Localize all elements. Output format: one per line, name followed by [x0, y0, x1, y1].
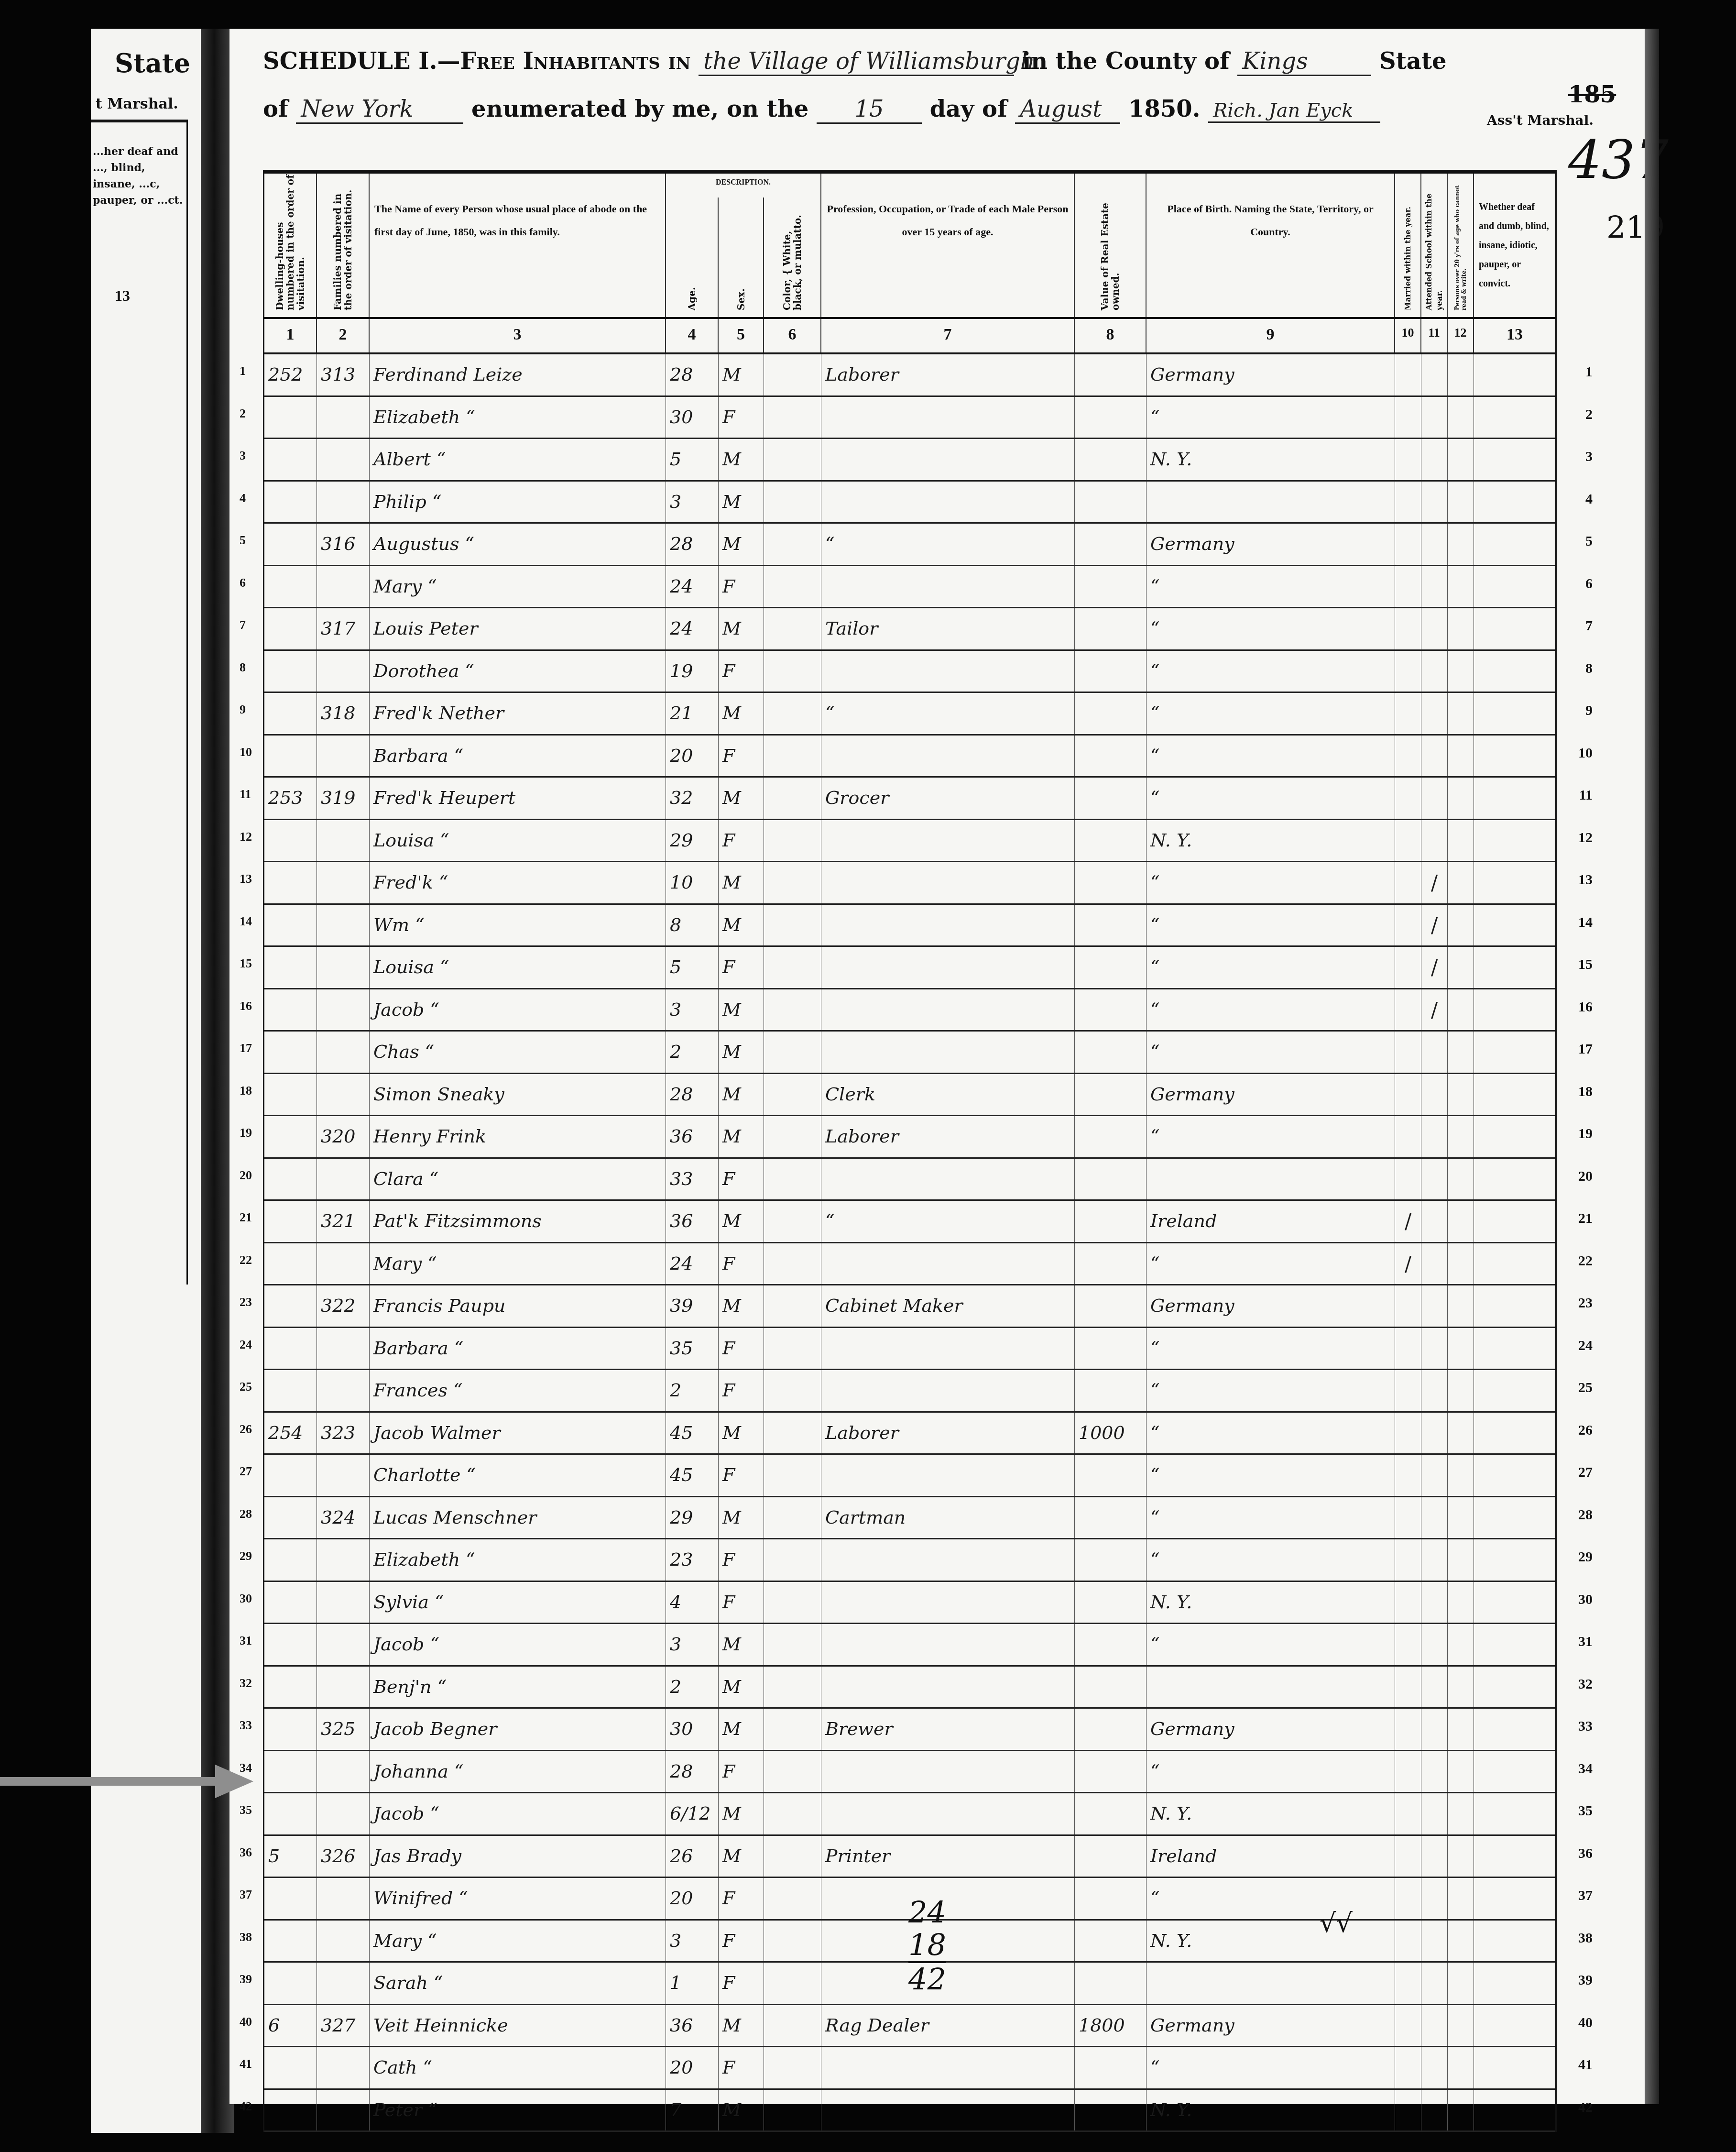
line-number-right: 23	[1578, 1295, 1593, 1311]
birthplace-value: “	[1146, 660, 1159, 681]
cell-school-mark	[1421, 439, 1448, 480]
cell-married-mark	[1395, 1497, 1421, 1538]
occupation-value	[821, 1930, 825, 1951]
cell-school-mark	[1421, 1709, 1448, 1750]
family-number-value	[317, 449, 321, 470]
line-number-left: 40	[240, 2015, 252, 2029]
line-number-left: 1	[240, 364, 246, 378]
cell-birthplace: N. Y.	[1146, 1582, 1395, 1623]
cell-sex: M	[719, 1032, 764, 1073]
cell-occupation	[821, 1455, 1075, 1496]
cell-color	[764, 1159, 821, 1200]
cell-disability	[1474, 1878, 1555, 1919]
person-name-value: Benj'n “	[370, 1676, 447, 1697]
line-number-left: 36	[240, 1845, 252, 1860]
cell-sex: F	[719, 1878, 764, 1919]
family-number-value: 316	[317, 533, 356, 554]
cell-family-number	[317, 2090, 370, 2131]
cell-married-mark: /	[1395, 1201, 1421, 1242]
line-number-left: 32	[240, 1676, 252, 1691]
line-number-left: 33	[240, 1718, 252, 1733]
cell-sex: F	[719, 2047, 764, 2088]
cell-disability	[1474, 1709, 1555, 1750]
cell-married-mark	[1395, 1878, 1421, 1919]
line-number-right: 36	[1578, 1845, 1593, 1862]
cell-birthplace: “	[1146, 1413, 1395, 1454]
cell-disability	[1474, 1921, 1555, 1962]
table-row: 30Sylvia “4FN. Y.30	[264, 1582, 1555, 1625]
cell-occupation: Laborer	[821, 1413, 1075, 1454]
cell-illiterate-mark	[1448, 1413, 1474, 1454]
state-label: State	[1379, 48, 1447, 75]
cell-occupation	[821, 1963, 1075, 2004]
cell-birthplace: N. Y.	[1146, 439, 1395, 480]
person-name-value: Jacob Walmer	[370, 1422, 501, 1443]
sex-value: F	[719, 1253, 735, 1274]
cell-sex: M	[719, 2005, 764, 2046]
cell-person-name: Francis Paupu	[370, 1285, 666, 1327]
cell-disability	[1474, 1539, 1555, 1581]
cell-married-mark	[1395, 736, 1421, 777]
dwelling-number-value	[264, 1888, 268, 1909]
person-name-value: Philip “	[370, 491, 441, 512]
cell-occupation: Cartman	[821, 1497, 1075, 1538]
real-estate-value-value	[1075, 1295, 1079, 1316]
table-row: 22Mary “24F“/22	[264, 1243, 1555, 1286]
birthplace-value	[1146, 491, 1150, 512]
cell-family-number: 323	[317, 1413, 370, 1454]
cell-occupation	[821, 736, 1075, 777]
cell-school-mark	[1421, 736, 1448, 777]
cell-family-number	[317, 1963, 370, 2004]
cell-age: 39	[666, 1285, 719, 1327]
cell-dwelling-number: 5	[264, 1836, 317, 1877]
age-value: 2	[666, 1676, 681, 1697]
cell-dwelling-number	[264, 862, 317, 903]
line-number-right: 34	[1578, 1761, 1593, 1777]
cell-illiterate-mark	[1448, 1793, 1474, 1834]
age-value: 28	[666, 533, 693, 554]
birthplace-value: N. Y.	[1146, 1930, 1192, 1951]
age-value: 29	[666, 830, 693, 851]
real-estate-value-value	[1075, 660, 1079, 681]
dwelling-number-value	[264, 1338, 268, 1359]
table-row: 34Johanna “28F“34	[264, 1751, 1555, 1794]
cell-married-mark	[1395, 651, 1421, 692]
cell-family-number	[317, 736, 370, 777]
cell-person-name: Fred'k Heupert	[370, 778, 666, 819]
cell-school-mark	[1421, 651, 1448, 692]
cell-illiterate-mark	[1448, 1201, 1474, 1242]
cell-sex: F	[719, 1921, 764, 1962]
cell-school-mark	[1421, 2047, 1448, 2088]
cell-occupation	[821, 1032, 1075, 1073]
age-value: 21	[666, 703, 693, 724]
cell-school-mark	[1421, 1370, 1448, 1411]
cell-birthplace: N. Y.	[1146, 1793, 1395, 1834]
table-row: 13Fred'k “10M“/13	[264, 862, 1555, 905]
person-name-value: Dorothea “	[370, 660, 474, 681]
cell-age: 5	[666, 439, 719, 480]
line-number-right: 29	[1578, 1549, 1593, 1565]
line-number-right: 5	[1585, 533, 1593, 549]
sex-value: F	[719, 1464, 735, 1485]
cell-person-name: Elizabeth “	[370, 397, 666, 438]
line-number-left: 3	[240, 449, 246, 463]
cell-age: 26	[666, 1836, 719, 1877]
cell-occupation: Grocer	[821, 778, 1075, 819]
birthplace-value: “	[1146, 1380, 1159, 1401]
real-estate-value-value	[1075, 1634, 1079, 1655]
cell-color	[764, 1413, 821, 1454]
cell-sex: F	[719, 651, 764, 692]
table-row: 14Wm “8M“/14	[264, 905, 1555, 947]
cell-married-mark	[1395, 524, 1421, 565]
cell-married-mark	[1395, 1836, 1421, 1877]
line-number-right: 18	[1578, 1084, 1593, 1100]
line-number-right: 39	[1578, 1972, 1593, 1988]
dwelling-number-value	[264, 1041, 268, 1062]
cell-dwelling-number	[264, 820, 317, 861]
cell-age: 45	[666, 1455, 719, 1496]
cell-sex: M	[719, 1624, 764, 1665]
occupation-value	[821, 1803, 825, 1824]
cell-birthplace: Germany	[1146, 2005, 1395, 2046]
real-estate-value-value	[1075, 406, 1079, 428]
table-row: 26254323Jacob Walmer45MLaborer1000“26	[264, 1413, 1555, 1455]
cell-birthplace: “	[1146, 1878, 1395, 1919]
table-row: 12Louisa “29FN. Y.12	[264, 820, 1555, 863]
person-name-value: Sarah “	[370, 1972, 443, 1993]
cell-disability	[1474, 820, 1555, 861]
table-row: 11253319Fred'k Heupert32MGrocer“11	[264, 778, 1555, 820]
cell-occupation	[821, 397, 1075, 438]
cell-real-estate-value	[1075, 1032, 1146, 1073]
birthplace-value: “	[1146, 1507, 1159, 1528]
cell-age: 24	[666, 1243, 719, 1285]
cell-color	[764, 1963, 821, 2004]
cell-family-number: 313	[317, 354, 370, 395]
cell-family-number	[317, 1328, 370, 1369]
sex-value: F	[719, 830, 735, 851]
cell-disability	[1474, 989, 1555, 1031]
family-number-value	[317, 872, 321, 893]
cell-birthplace: “	[1146, 1751, 1395, 1792]
cell-dwelling-number	[264, 1201, 317, 1242]
cell-color	[764, 736, 821, 777]
age-value: 2	[666, 1380, 681, 1401]
real-estate-value-value	[1075, 1845, 1079, 1867]
table-row: 406327Veit Heinnicke36MRag Dealer1800Ger…	[264, 2005, 1555, 2048]
cell-illiterate-mark	[1448, 1455, 1474, 1496]
cell-color	[764, 566, 821, 607]
line-number-right: 21	[1578, 1210, 1593, 1227]
occupation-value	[821, 576, 825, 597]
cell-birthplace: Ireland	[1146, 1201, 1395, 1242]
cell-person-name: Henry Frink	[370, 1116, 666, 1157]
dwelling-number-value: 5	[264, 1845, 280, 1867]
cell-birthplace: Germany	[1146, 1709, 1395, 1750]
line-number-right: 19	[1578, 1126, 1593, 1142]
dwelling-number-value	[264, 406, 268, 428]
table-row: 41Cath “20F“41	[264, 2047, 1555, 2090]
cell-dwelling-number	[264, 397, 317, 438]
cell-occupation	[821, 2090, 1075, 2131]
line-number-right: 8	[1585, 660, 1593, 677]
cell-married-mark	[1395, 1455, 1421, 1496]
person-name-value: Johanna “	[370, 1761, 463, 1782]
cell-dwelling-number	[264, 1116, 317, 1157]
sex-value: F	[719, 576, 735, 597]
cell-illiterate-mark	[1448, 1582, 1474, 1623]
occupation-value	[821, 872, 825, 893]
dwelling-number-value	[264, 2057, 268, 2078]
cell-occupation: Rag Dealer	[821, 2005, 1075, 2046]
col-num-1: 1	[264, 319, 317, 352]
person-name-value: Winifred “	[370, 1888, 468, 1909]
cell-person-name: Sylvia “	[370, 1582, 666, 1623]
dwelling-number-value	[264, 533, 268, 554]
cell-dwelling-number	[264, 1497, 317, 1538]
cell-color	[764, 1709, 821, 1750]
cell-person-name: Barbara “	[370, 736, 666, 777]
cell-person-name: Veit Heinnicke	[370, 2005, 666, 2046]
cell-age: 20	[666, 2047, 719, 2088]
cell-school-mark	[1421, 1836, 1448, 1877]
line-number-right: 22	[1578, 1253, 1593, 1269]
birthplace-value: “	[1146, 1041, 1159, 1062]
line-number-left: 5	[240, 533, 246, 548]
sex-value: F	[719, 745, 735, 766]
cell-school-mark	[1421, 1921, 1448, 1962]
person-name-value: Sylvia “	[370, 1592, 444, 1613]
age-value: 24	[666, 1253, 693, 1274]
cell-illiterate-mark	[1448, 693, 1474, 734]
cell-person-name: Mary “	[370, 1921, 666, 1962]
cell-married-mark	[1395, 1921, 1421, 1962]
cell-dwelling-number	[264, 1878, 317, 1919]
cell-family-number	[317, 820, 370, 861]
person-name-value: Fred'k Heupert	[370, 787, 515, 808]
real-estate-value-value	[1075, 1380, 1079, 1401]
cell-school-mark	[1421, 566, 1448, 607]
cell-birthplace	[1146, 482, 1395, 523]
cell-birthplace: “	[1146, 862, 1395, 903]
cell-family-number	[317, 1074, 370, 1115]
age-value: 35	[666, 1338, 693, 1359]
cell-age: 4	[666, 1582, 719, 1623]
cell-dwelling-number	[264, 989, 317, 1031]
family-number-value	[317, 1464, 321, 1485]
cell-dwelling-number	[264, 947, 317, 988]
col-num-9: 9	[1146, 319, 1395, 352]
cell-person-name: Simon Sneaky	[370, 1074, 666, 1115]
cell-dwelling-number	[264, 2090, 317, 2131]
dwelling-number-value	[264, 999, 268, 1020]
cell-real-estate-value	[1075, 1243, 1146, 1285]
family-number-value	[317, 745, 321, 766]
line-number-left: 38	[240, 1930, 252, 1944]
cell-real-estate-value	[1075, 1751, 1146, 1792]
sex-value: M	[719, 1803, 741, 1824]
sex-value: M	[719, 999, 741, 1020]
real-estate-value-value	[1075, 745, 1079, 766]
table-row: 42Peter “7MN. Y.42	[264, 2090, 1555, 2132]
line-number-right: 37	[1578, 1888, 1593, 1904]
cell-disability	[1474, 2047, 1555, 2088]
birthplace-value: Germany	[1146, 2015, 1234, 2036]
header-line-2: of New York enumerated by me, on the 15 …	[263, 96, 1380, 124]
cell-family-number: 324	[317, 1497, 370, 1538]
cell-age: 8	[666, 905, 719, 946]
cell-age: 28	[666, 1074, 719, 1115]
cell-disability	[1474, 1751, 1555, 1792]
col-num-6: 6	[764, 319, 821, 352]
family-number-value	[317, 1634, 321, 1655]
dwelling-number-value	[264, 1126, 268, 1147]
table-row: 28324Lucas Menschner29MCartman“28	[264, 1497, 1555, 1540]
line-number-right: 31	[1578, 1634, 1593, 1650]
birthplace-value	[1146, 1168, 1150, 1189]
cell-occupation: “	[821, 693, 1075, 734]
sex-value: M	[719, 449, 741, 470]
cell-dwelling-number	[264, 2047, 317, 2088]
cell-illiterate-mark	[1448, 1539, 1474, 1581]
cell-disability	[1474, 1793, 1555, 1834]
person-name-value: Ferdinand Leize	[370, 364, 523, 385]
cell-birthplace: Ireland	[1146, 1836, 1395, 1877]
cell-illiterate-mark	[1448, 820, 1474, 861]
line-number-right: 2	[1585, 406, 1593, 423]
cell-color	[764, 1116, 821, 1157]
line-number-right: 27	[1578, 1464, 1593, 1481]
cell-real-estate-value	[1075, 1455, 1146, 1496]
birthplace-value: “	[1146, 1126, 1159, 1147]
real-estate-value-value	[1075, 914, 1079, 935]
age-value: 3	[666, 491, 681, 512]
person-name-value: Louis Peter	[370, 618, 478, 639]
cell-occupation	[821, 1667, 1075, 1708]
cell-disability	[1474, 1963, 1555, 2004]
cell-sex: M	[719, 989, 764, 1031]
line-number-left: 42	[240, 2099, 252, 2114]
birthplace-value: “	[1146, 1422, 1159, 1443]
age-value: 3	[666, 1634, 681, 1655]
cell-dwelling-number	[264, 1709, 317, 1750]
cell-family-number: 326	[317, 1836, 370, 1877]
cell-color	[764, 989, 821, 1031]
cell-school-mark	[1421, 2005, 1448, 2046]
real-estate-value-value	[1075, 830, 1079, 851]
married-mark-value: /	[1395, 1243, 1421, 1284]
occupation-value	[821, 1634, 825, 1655]
age-value: 5	[666, 956, 681, 977]
occupation-value	[821, 830, 825, 851]
cell-person-name: Wm “	[370, 905, 666, 946]
real-estate-value-value	[1075, 2099, 1079, 2120]
cell-school-mark	[1421, 1963, 1448, 2004]
cell-school-mark	[1421, 1793, 1448, 1834]
age-value: 26	[666, 1845, 693, 1867]
dwelling-number-value	[264, 1592, 268, 1613]
cell-married-mark	[1395, 1159, 1421, 1200]
cell-person-name: Louisa “	[370, 947, 666, 988]
sex-value: F	[719, 1338, 735, 1359]
birthplace-value: “	[1146, 1464, 1159, 1485]
cell-school-mark	[1421, 1116, 1448, 1157]
cell-disability	[1474, 905, 1555, 946]
dwelling-number-value	[264, 914, 268, 935]
cell-school-mark	[1421, 354, 1448, 395]
cell-dwelling-number: 253	[264, 778, 317, 819]
family-number-value	[317, 1549, 321, 1570]
cell-disability	[1474, 1582, 1555, 1623]
occupation-value: Clerk	[821, 1084, 875, 1105]
cell-occupation	[821, 820, 1075, 861]
cell-occupation	[821, 482, 1075, 523]
family-number-value: 323	[317, 1422, 356, 1443]
birthplace-value: N. Y.	[1146, 830, 1192, 851]
occupation-value	[821, 1972, 825, 1993]
dwelling-number-value: 254	[264, 1422, 303, 1443]
cell-person-name: Johanna “	[370, 1751, 666, 1792]
cell-birthplace: “	[1146, 1455, 1395, 1496]
line-number-right: 12	[1578, 830, 1593, 846]
real-estate-value-value	[1075, 703, 1079, 724]
table-row: 7317Louis Peter24MTailor“7	[264, 608, 1555, 651]
sex-value: M	[719, 533, 741, 554]
cell-school-mark	[1421, 397, 1448, 438]
table-row: 20Clara “33F20	[264, 1159, 1555, 1201]
real-estate-value-value	[1075, 1464, 1079, 1485]
line-number-left: 29	[240, 1549, 252, 1563]
cell-age: 36	[666, 2005, 719, 2046]
occupation-value: “	[821, 1210, 834, 1231]
cell-person-name: Peter “	[370, 2090, 666, 2131]
col-num-4: 4	[666, 319, 719, 352]
left-facing-page: State t Marshal. ...her deaf and ..., bl…	[91, 29, 210, 2133]
real-estate-value-value	[1075, 1972, 1079, 1993]
table-row: 32Benj'n “2M32	[264, 1667, 1555, 1709]
birthplace-value: “	[1146, 406, 1159, 428]
cell-sex: F	[719, 1243, 764, 1285]
cell-real-estate-value	[1075, 354, 1146, 395]
line-number-right: 38	[1578, 1930, 1593, 1946]
occupation-value: Grocer	[821, 787, 889, 808]
cell-married-mark	[1395, 1032, 1421, 1073]
cell-disability	[1474, 524, 1555, 565]
age-value: 24	[666, 576, 693, 597]
cell-color	[764, 862, 821, 903]
cell-real-estate-value	[1075, 862, 1146, 903]
cell-disability	[1474, 862, 1555, 903]
dwelling-number-value: 252	[264, 364, 303, 385]
birthplace-value: N. Y.	[1146, 1803, 1192, 1824]
person-name-value: Peter “	[370, 2099, 437, 2120]
cell-disability	[1474, 1328, 1555, 1369]
cell-disability	[1474, 1285, 1555, 1327]
person-name-value: Louisa “	[370, 956, 449, 977]
real-estate-value-value	[1075, 1126, 1079, 1147]
age-value: 2	[666, 1041, 681, 1062]
col-num-12: 12	[1448, 319, 1474, 352]
dwelling-number-value	[264, 1295, 268, 1316]
cell-sex: M	[719, 905, 764, 946]
real-estate-value-value	[1075, 999, 1079, 1020]
school-mark-value: /	[1421, 947, 1447, 988]
col-header-school: Attended School within the year.	[1421, 174, 1448, 317]
cell-person-name: Jacob Walmer	[370, 1413, 666, 1454]
